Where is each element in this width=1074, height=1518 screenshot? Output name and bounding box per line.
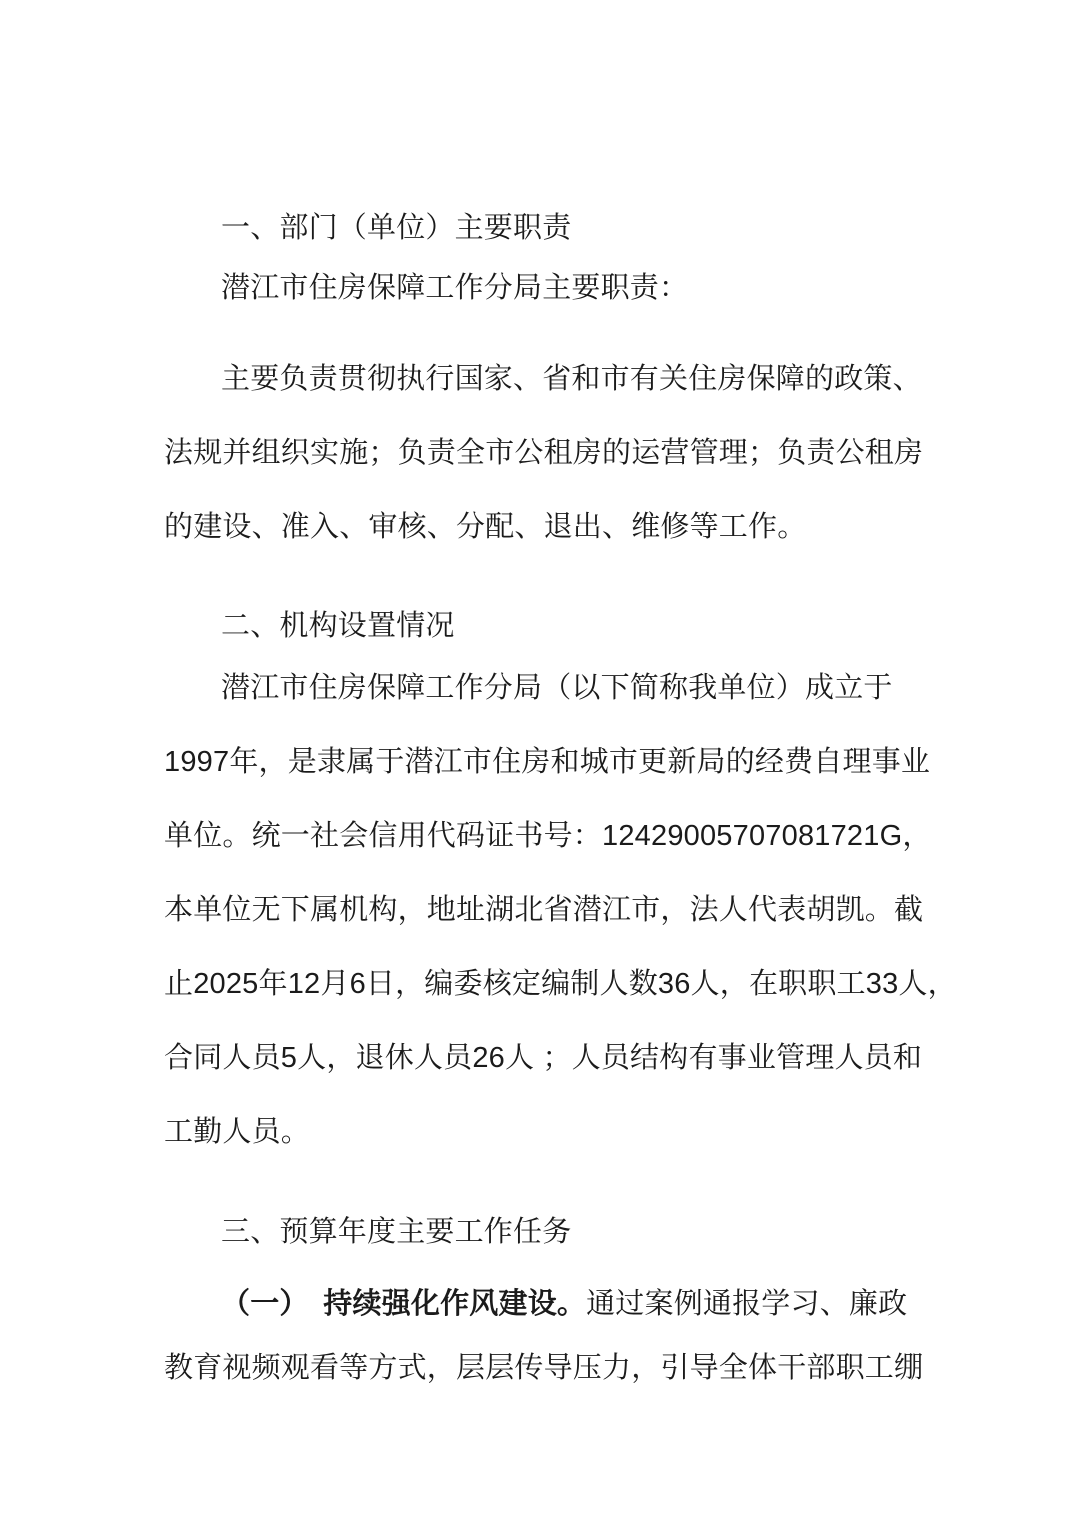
section-3-item-title-bold: （一） 持续强化作风建设。 [221, 1288, 586, 1320]
section-1-paragraph-line: 法规并组织实施；负责全市公租房的运营管理；负责公租房 [164, 431, 910, 475]
section-3-paragraph-line: 教育视频观看等方式，层层传导压力，引导全体干部职工绷 [164, 1346, 910, 1390]
document-content: 一、部门（单位）主要职责 潜江市住房保障工作分局主要职责： 主要负责贯彻执行国家… [164, 0, 910, 1390]
section-2-paragraph-line: 工勤人员。 [164, 1110, 910, 1154]
section-1-paragraph-line: 主要负责贯彻执行国家、省和市有关住房保障的政策、 [164, 357, 910, 401]
section-2-paragraph-line: 单位。统一社会信用代码证书号：12429005707081721G， [164, 814, 910, 858]
section-1-intro-line: 潜江市住房保障工作分局主要职责： [164, 266, 910, 310]
section-2-heading: 二、机构设置情况 [164, 604, 910, 648]
section-3-item-text: 通过案例通报学习、廉政 [586, 1288, 907, 1320]
section-2-paragraph-line: 潜江市住房保障工作分局（以下简称我单位）成立于 [164, 666, 910, 710]
section-1-heading: 一、部门（单位）主要职责 [164, 206, 910, 250]
section-2-paragraph-line: 止2025年12月6日，编委核定编制人数36人，在职职工33人， [164, 962, 910, 1006]
section-2-paragraph-line: 1997年，是隶属于潜江市住房和城市更新局的经费自理事业 [164, 740, 910, 784]
section-3-heading: 三、预算年度主要工作任务 [164, 1210, 910, 1254]
section-1-paragraph-line: 的建设、准入、审核、分配、退出、维修等工作。 [164, 505, 910, 549]
section-2-paragraph-line: 本单位无下属机构，地址湖北省潜江市，法人代表胡凯。截 [164, 888, 910, 932]
section-3-item-line: （一） 持续强化作风建设。通过案例通报学习、廉政 [164, 1282, 910, 1326]
section-2-paragraph-line: 合同人员5人，退休人员26人 ；人员结构有事业管理人员和 [164, 1036, 910, 1080]
document-page: 一、部门（单位）主要职责 潜江市住房保障工作分局主要职责： 主要负责贯彻执行国家… [0, 0, 1074, 1518]
